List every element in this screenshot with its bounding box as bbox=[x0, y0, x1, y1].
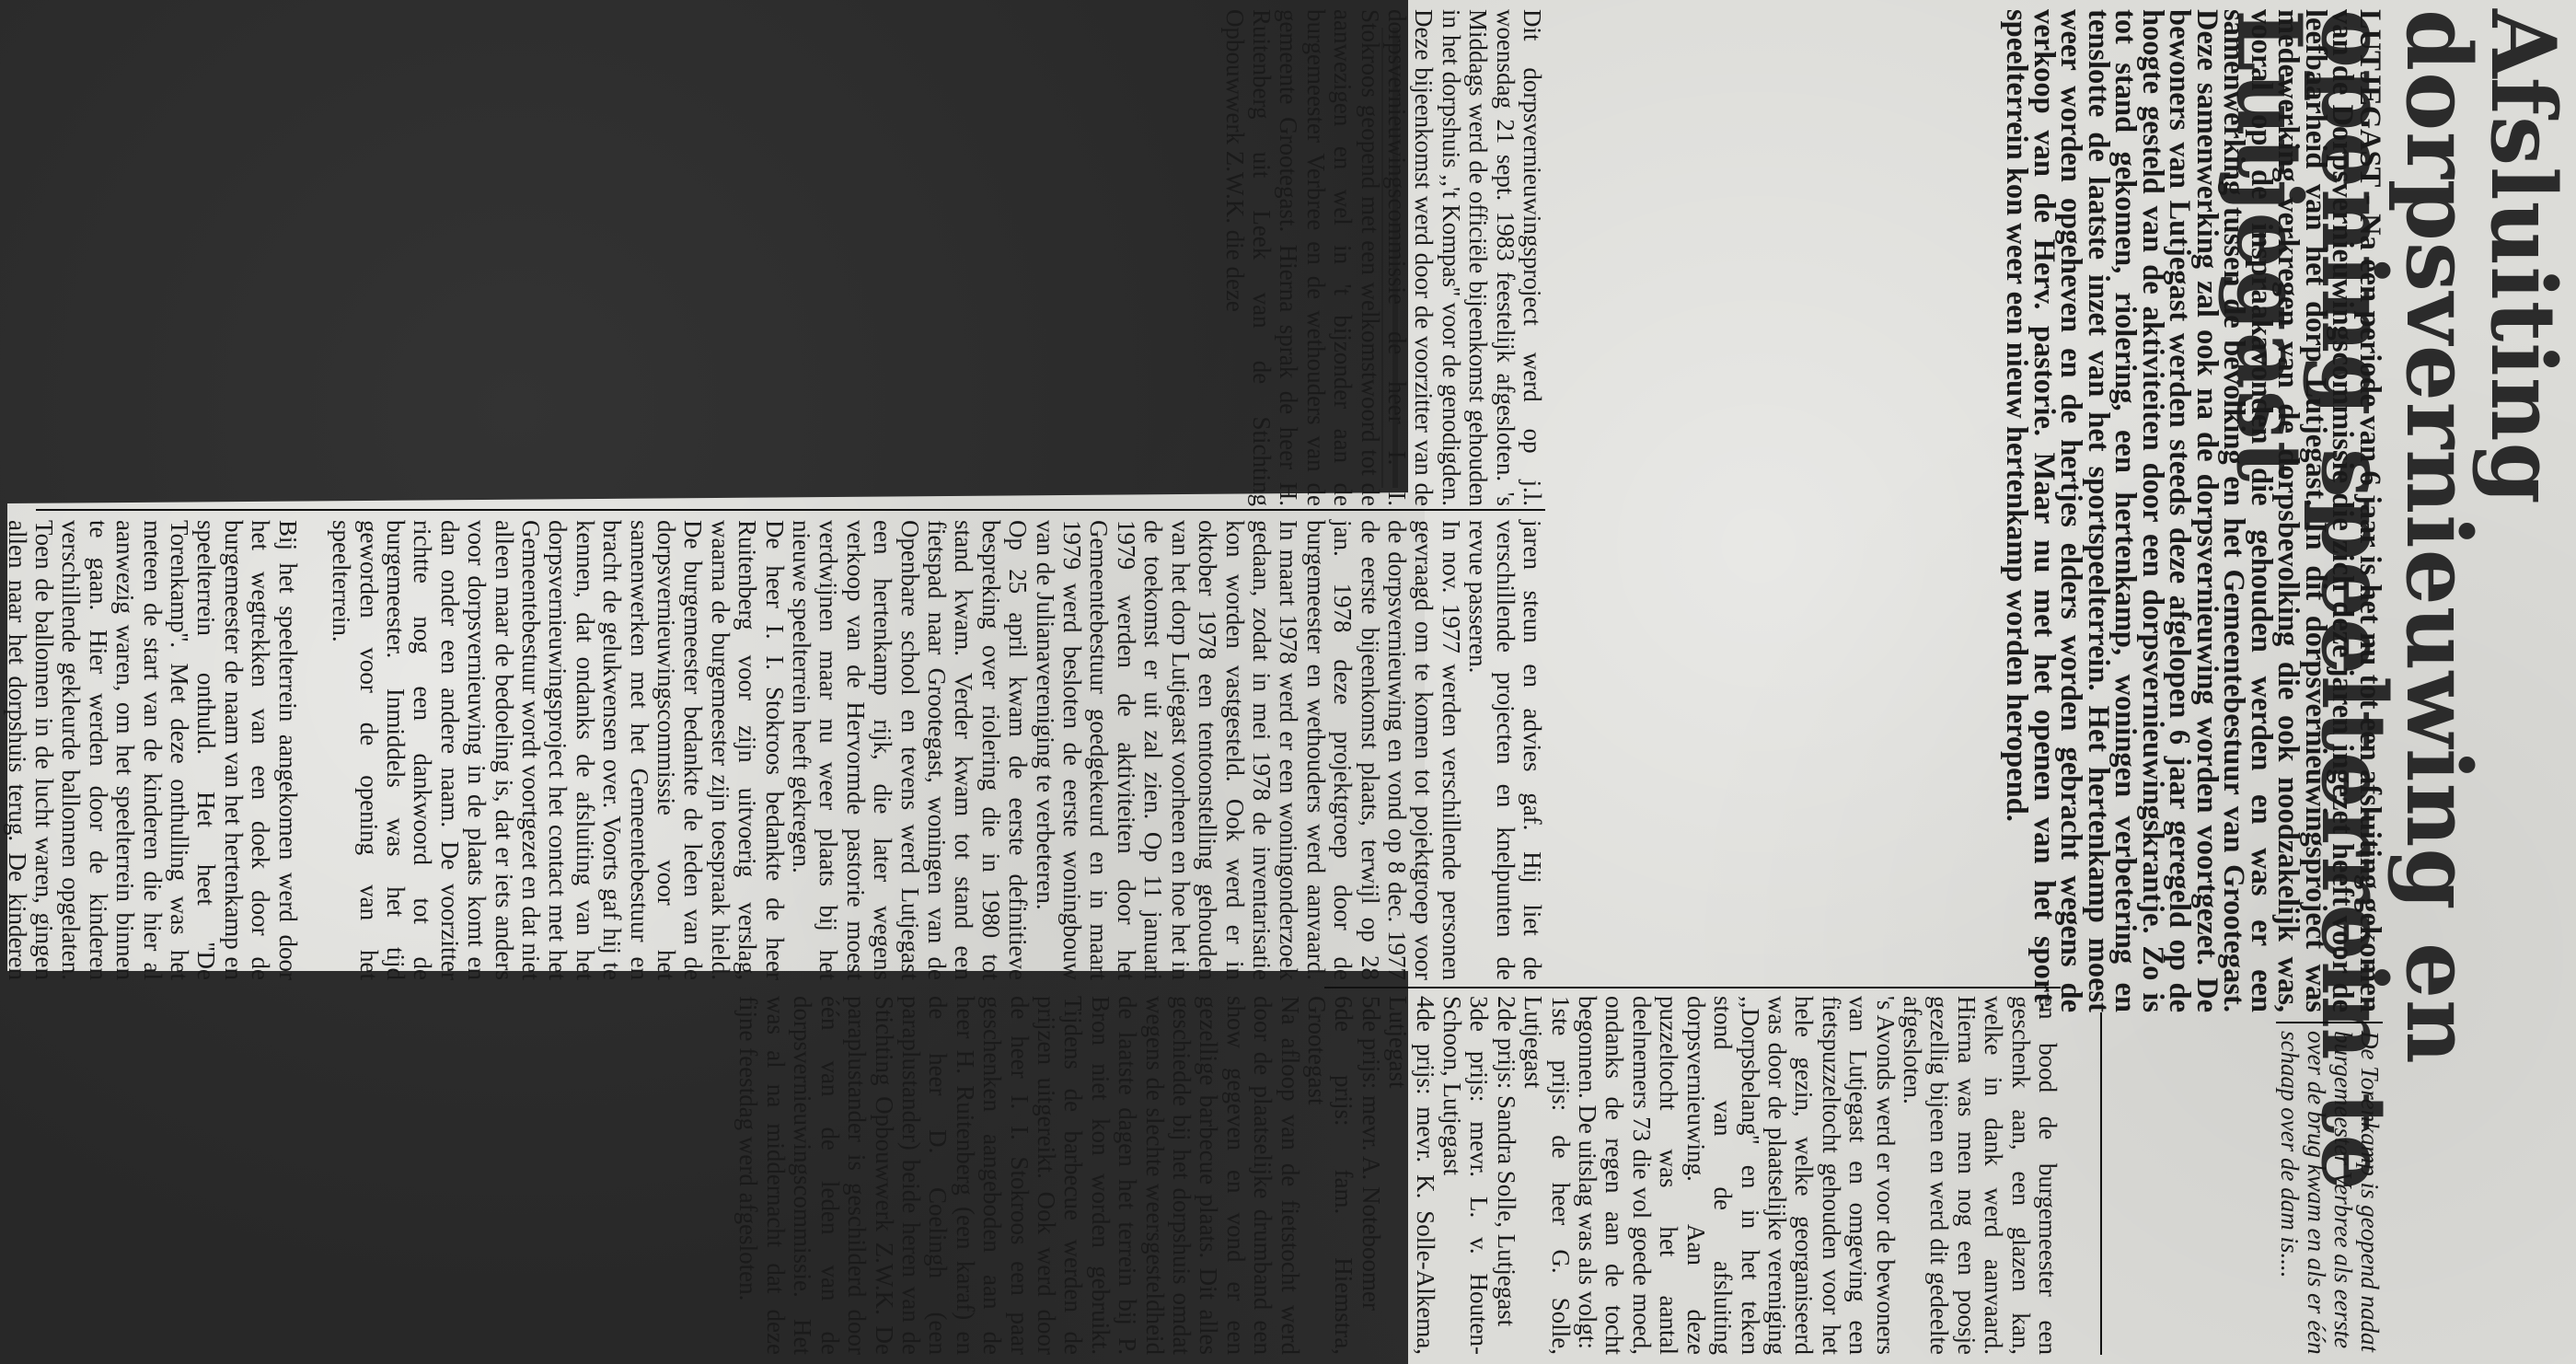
column-2: jaren steun en advies gaf. Hij liet de v… bbox=[0, 520, 1545, 980]
column-2-paragraph: De heer I. I. Stokroos bedankte de heer … bbox=[328, 520, 788, 980]
lead-paragraph: LUTJEGAST - Na een periode van 6 jaar is… bbox=[2003, 9, 2383, 1012]
column-2-paragraph: jaren steun en advies gaf. Hij liet de v… bbox=[1464, 520, 1545, 980]
column-3-paragraph: Na afloop van de fietstocht werd door de… bbox=[734, 996, 1303, 1355]
column-3-paragraph: 's Avonds werd er voor de bewoners van L… bbox=[1574, 996, 1899, 1355]
column-divider bbox=[1324, 987, 2061, 988]
newspaper-clipping: Afsluiting dorpsvernieuwing en opening s… bbox=[0, 0, 2576, 1364]
prize-line: 3de prijs: mevr. L. v. Houten-Schoon, Lu… bbox=[1438, 996, 1493, 1355]
column-1-paragraph: Dit dorpsvernieuwingsproject werd op j.l… bbox=[1220, 9, 1545, 506]
prize-line: 4de prijs: mevr. K. Solle-Alkema, Lutjeg… bbox=[1384, 996, 1438, 1355]
column-3: en bood de burgemeester een geschenk aan… bbox=[734, 996, 2061, 1355]
column-rule bbox=[2100, 1012, 2102, 1355]
column-2-paragraph: Bij het speelterrein aangekomen werd doo… bbox=[0, 520, 301, 980]
prize-line: 1ste prijs: de heer G. Solle, Lutjegast bbox=[1519, 996, 1574, 1355]
lead-text: - Na een periode van 6 jaar is het nu to… bbox=[2001, 9, 2387, 1012]
prize-line: 5de prijs: mevr. A. Noteboomer bbox=[1357, 996, 1383, 1355]
column-1: Dit dorpsvernieuwingsproject werd op j.l… bbox=[1220, 9, 1545, 506]
prize-line: 6de prijs: fam. Hiemstra, Grootegast bbox=[1303, 996, 1357, 1355]
column-2-paragraph: In nov. 1977 werden verschillende person… bbox=[1031, 520, 1464, 980]
column-2-paragraph: Op 25 april kwam de eerste definitieve b… bbox=[788, 520, 1032, 980]
intro-box: De Torenkamp is geopend nadat burgemeest… bbox=[2276, 1022, 2383, 1362]
column-3-paragraph: en bood de burgemeester een geschenk aan… bbox=[1899, 996, 2061, 1355]
prize-line: 2de prijs: Sandra Solle, Lutjegast bbox=[1492, 996, 1519, 1355]
column-divider bbox=[36, 509, 1545, 511]
